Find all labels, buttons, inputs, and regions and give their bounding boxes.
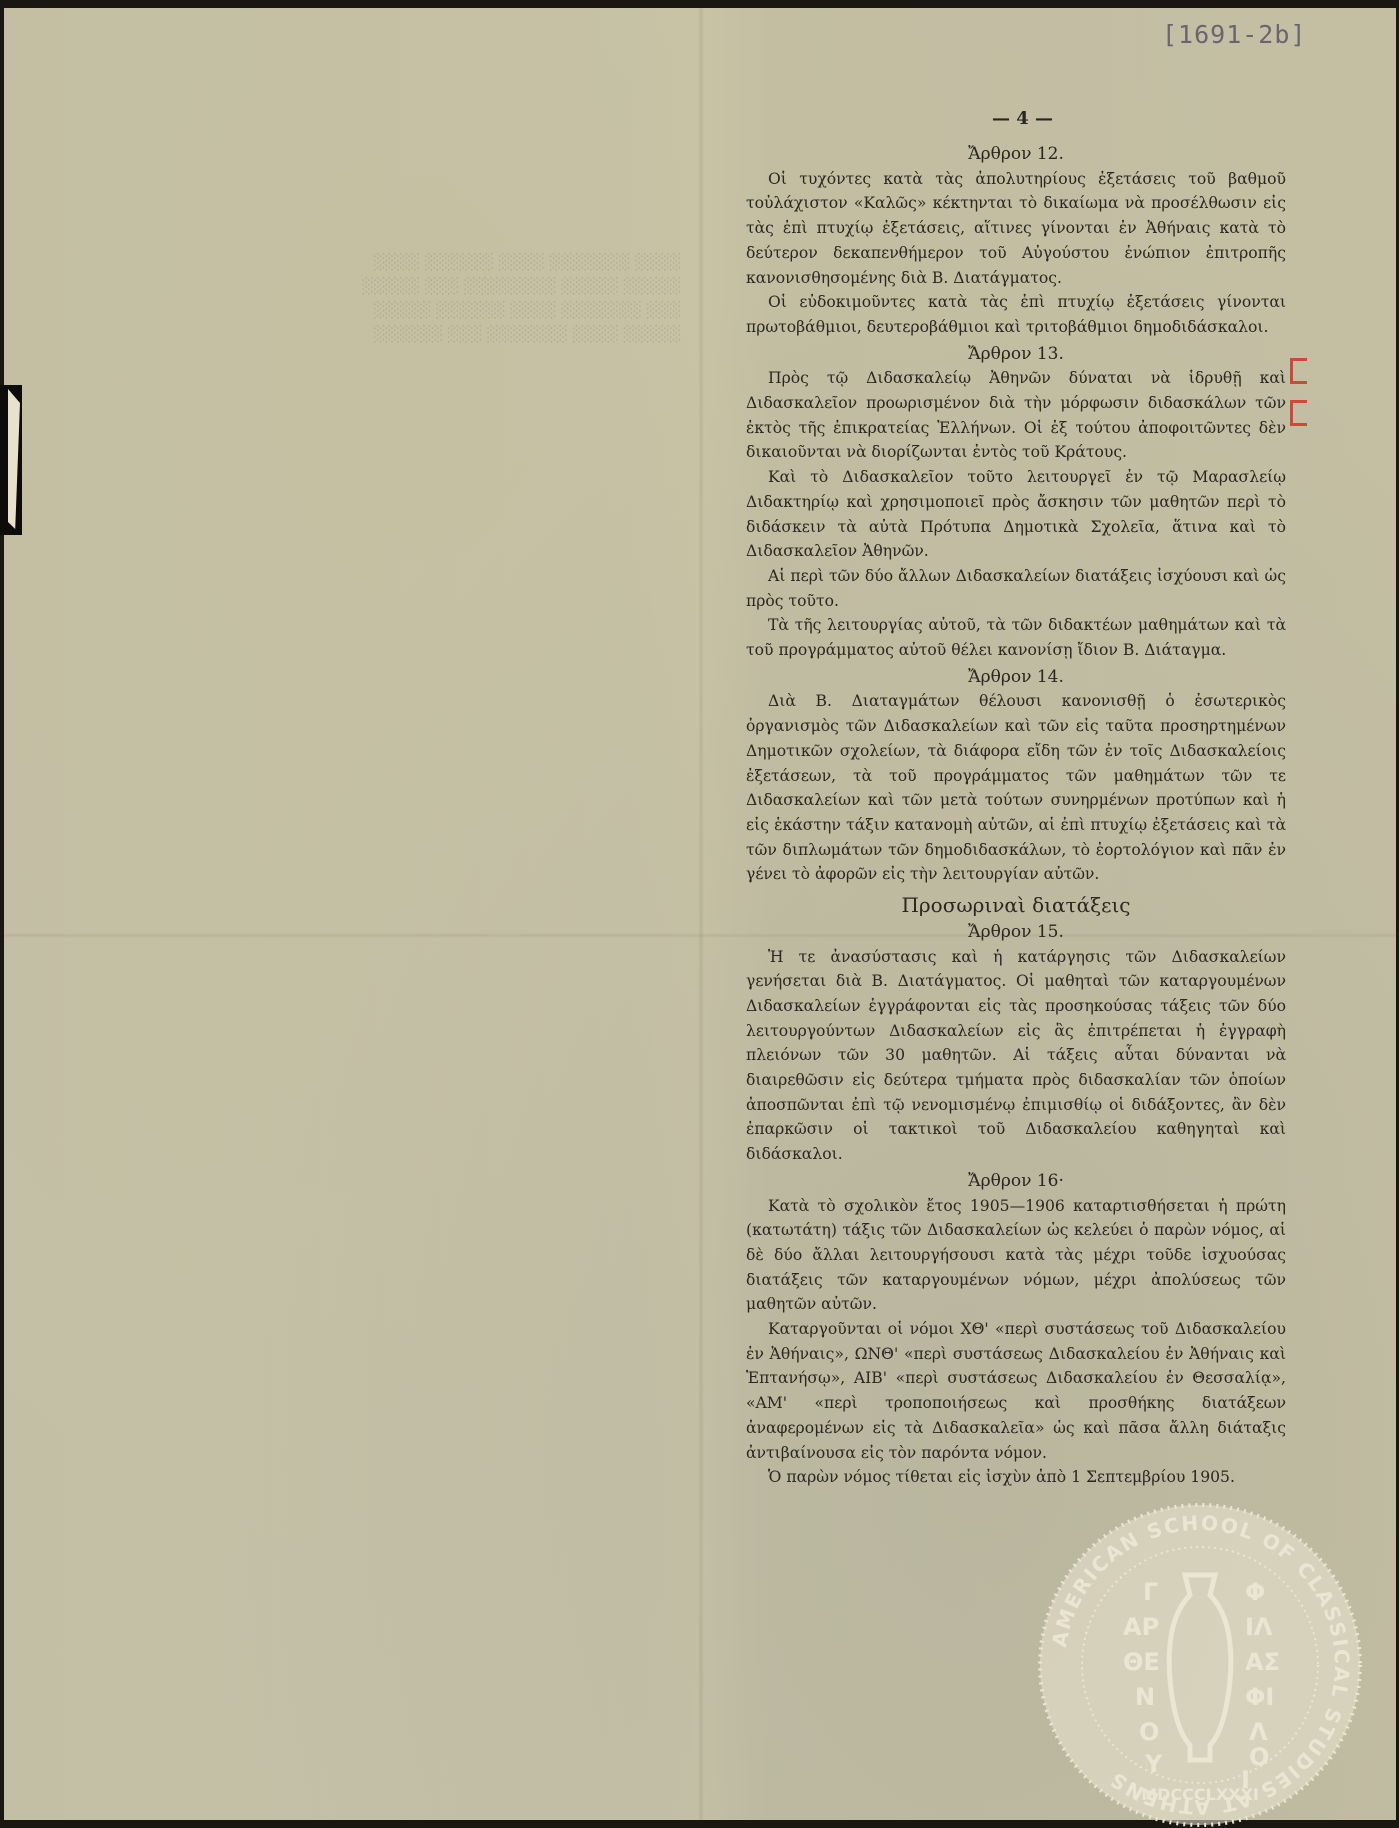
article-paragraph: Καταργοῦνται οἱ νόμοι ΧΘ' «περὶ συστάσεω… [746,1317,1286,1465]
torn-edge [0,385,22,535]
svg-text:ΑΣ: ΑΣ [1245,1648,1280,1676]
article-paragraph: Οἱ τυχόντες κατὰ τὰς ἀπολυτηρίους ἐξετάσ… [746,167,1286,291]
svg-text:ΑΡ: ΑΡ [1123,1613,1159,1641]
svg-text:ΙΛ: ΙΛ [1245,1613,1273,1641]
seal-stamp-icon: AMERICAN SCHOOL OF CLASSICAL STUDIES AT … [1035,1500,1365,1828]
svg-text:Ι: Ι [1241,1766,1250,1794]
article-paragraph: Ἡ τε ἀνασύστασις καὶ ἡ κατάργησις τῶν Δι… [746,945,1286,1167]
article-paragraph: Καὶ τὸ Διδασκαλεῖον τοῦτο λειτουργεῖ ἐν … [746,465,1286,564]
article-heading: Ἄρθρον 12. [746,142,1286,167]
red-bracket-mark [1290,400,1307,426]
fold-crease-vertical [698,8,704,1820]
svg-text:Λ: Λ [1249,1718,1268,1746]
article-paragraph: Κατὰ τὸ σχολικὸν ἔτος 1905—1906 καταρτισ… [746,1194,1286,1318]
article-paragraph: Ὁ παρὼν νόμος τίθεται εἰς ἰσχὺν ἀπὸ 1 Σε… [746,1465,1286,1490]
article-12: Ἄρθρον 12. Οἱ τυχόντες κατὰ τὰς ἀπολυτηρ… [746,142,1286,340]
article-paragraph: Τὰ τῆς λειτουργίας αὐτοῦ, τὰ τῶν διδακτέ… [746,613,1286,662]
article-heading: Ἄρθρον 16· [746,1169,1286,1194]
article-paragraph: Αἱ περὶ τῶν δύο ἄλλων Διδασκαλείων διατά… [746,564,1286,613]
article-13: Ἄρθρον 13. Πρὸς τῷ Διδασκαλείῳ Ἀθηνῶν δύ… [746,342,1286,663]
article-paragraph: Διὰ Β. Διαταγμάτων θέλουσι κανονισθῇ ὁ ἐ… [746,689,1286,887]
archive-reference: [1691-2b] [1162,20,1306,49]
svg-text:ΘΕ: ΘΕ [1123,1648,1160,1676]
article-14: Ἄρθρον 14. Διὰ Β. Διαταγμάτων θέλουσι κα… [746,665,1286,887]
svg-text:ΦΙ: ΦΙ [1245,1683,1274,1711]
section-title: Προσωριναὶ διατάξεις [746,893,1286,918]
svg-text:Υ: Υ [1144,1750,1163,1778]
article-paragraph: Οἱ εὐδοκιμοῦντες κατὰ τὰς ἐπὶ πτυχίῳ ἐξε… [746,290,1286,339]
svg-text:Ο: Ο [1249,1743,1269,1771]
article-16: Ἄρθρον 16· Κατὰ τὸ σχολικὸν ἔτος 1905—19… [746,1169,1286,1490]
svg-text:Γ: Γ [1143,1578,1158,1606]
article-heading: Ἄρθρον 14. [746,665,1286,690]
svg-text:Ο: Ο [1139,1718,1159,1746]
article-heading: Ἄρθρον 13. [746,342,1286,367]
page-number: — 4 — [992,108,1053,129]
article-15: Ἄρθρον 15. Ἡ τε ἀνασύστασις καὶ ἡ κατάργ… [746,920,1286,1167]
red-bracket-mark [1290,358,1307,384]
article-heading: Ἄρθρον 15. [746,920,1286,945]
document-body: Ἄρθρον 12. Οἱ τυχόντες κατὰ τὰς ἀπολυτηρ… [746,140,1286,1490]
bleed-through-text: ░░░░ ░░░░░░░ ░░░░ ░░░░░░ ░░░░ ░░░░░ ░░░░… [200,250,680,346]
svg-text:Φ: Φ [1245,1578,1265,1606]
article-paragraph: Πρὸς τῷ Διδασκαλείῳ Ἀθηνῶν δύναται νὰ ἱδ… [746,366,1286,465]
svg-text:Ν: Ν [1135,1683,1155,1711]
